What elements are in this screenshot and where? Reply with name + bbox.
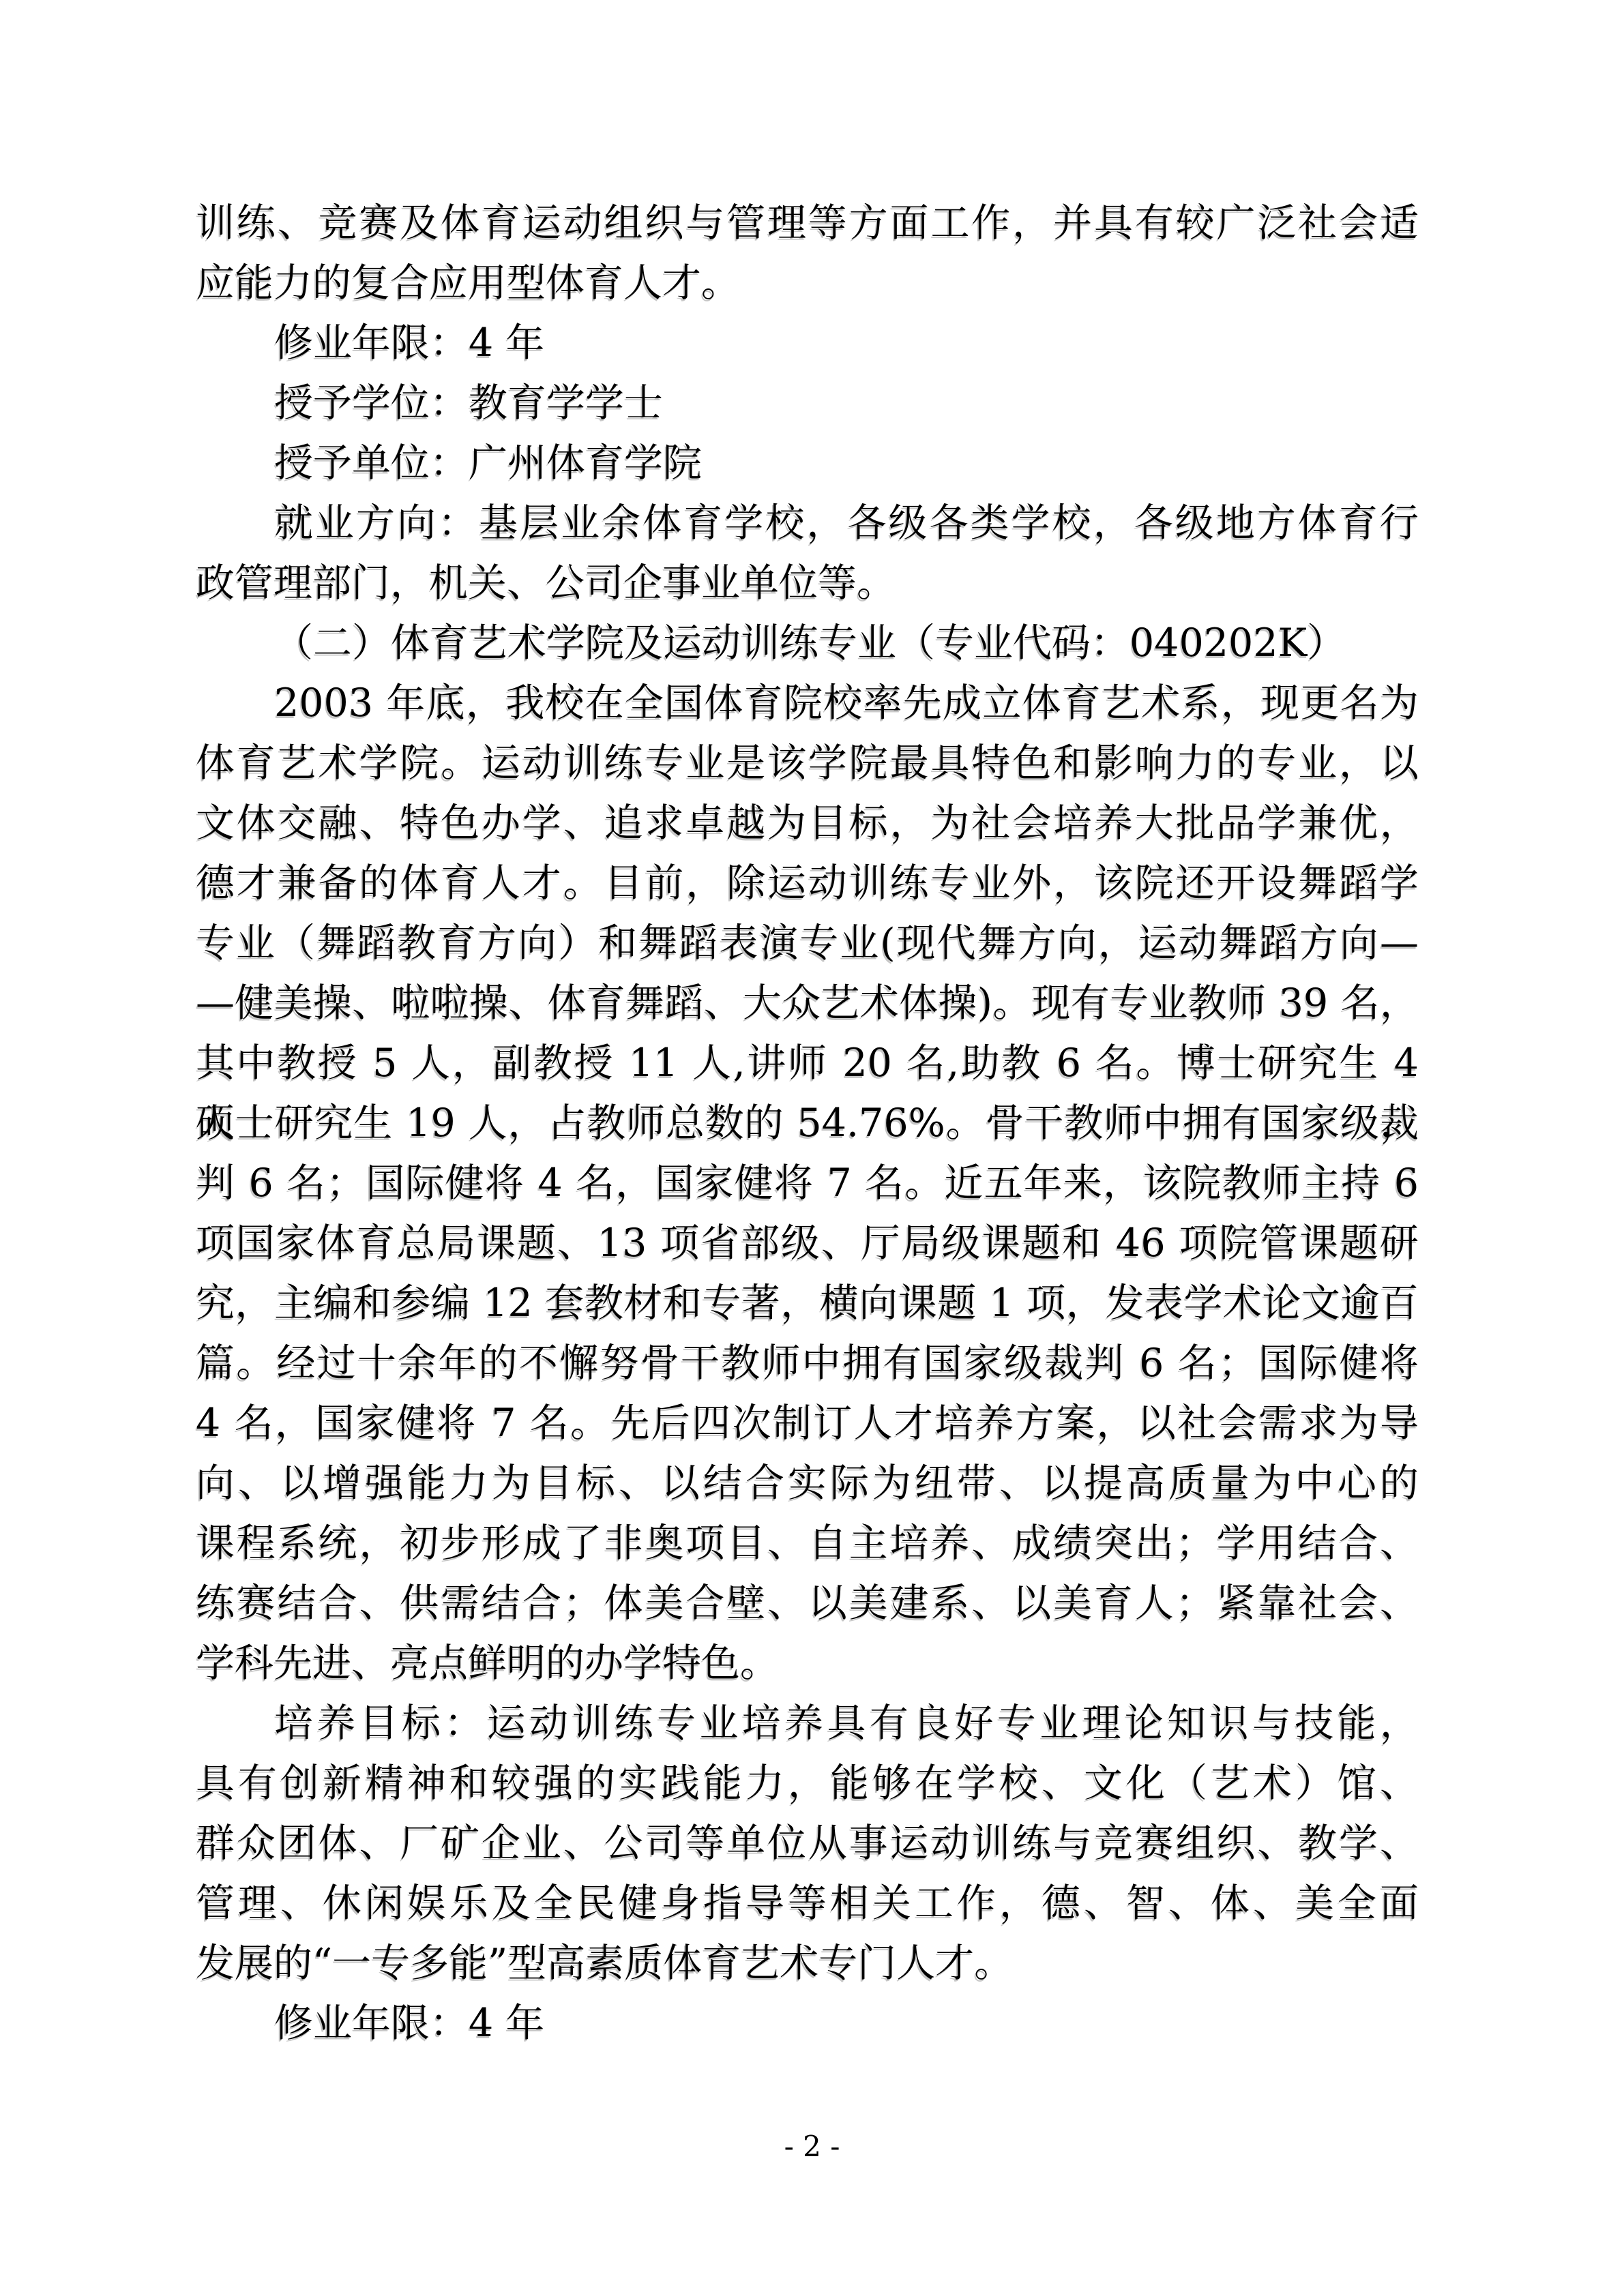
page-number: - 2 - (0, 2130, 1624, 2163)
text-line: 篇。经过十余年的不懈努骨干教师中拥有国家级裁判 6 名；国际健将 (196, 1333, 1419, 1393)
text-line: 究，主编和参编 12 套教材和专著，横向课题 1 项，发表学术论文逾百 (196, 1273, 1419, 1333)
text-line: 德才兼备的体育人才。目前，除运动训练专业外，该院还开设舞蹈学 (196, 853, 1419, 913)
text-line: 训练、竞赛及体育运动组织与管理等方面工作，并具有较广泛社会适 (196, 193, 1419, 253)
text-line: 授予单位：广州体育学院 (196, 433, 1419, 493)
text-line: 就业方向：基层业余体育学校，各级各类学校，各级地方体育行 (196, 493, 1419, 553)
text-line: 其中教授 5 人，副教授 11 人,讲师 20 名,助教 6 名。博士研究生 4… (196, 1033, 1419, 1093)
text-line: —健美操、啦啦操、体育舞蹈、大众艺术体操)。现有专业教师 39 名， (196, 973, 1419, 1033)
text-line: 政管理部门，机关、公司企事业单位等。 (196, 553, 1419, 613)
text-line: 学科先进、亮点鲜明的办学特色。 (196, 1633, 1419, 1693)
text-line: 应能力的复合应用型体育人才。 (196, 253, 1419, 313)
text-line: 培养目标：运动训练专业培养具有良好专业理论知识与技能， (196, 1693, 1419, 1753)
text-line: 判 6 名；国际健将 4 名，国家健将 7 名。近五年来，该院教师主持 6 (196, 1153, 1419, 1213)
text-line: 体育艺术学院。运动训练专业是该学院最具特色和影响力的专业，以 (196, 733, 1419, 793)
text-line: 授予学位：教育学学士 (196, 373, 1419, 433)
text-line: 发展的“一专多能”型高素质体育艺术专门人才。 (196, 1933, 1419, 1993)
document-body: 训练、竞赛及体育运动组织与管理等方面工作，并具有较广泛社会适应能力的复合应用型体… (196, 193, 1419, 2053)
text-line: 修业年限：4 年 (196, 313, 1419, 373)
text-line: 硕士研究生 19 人，占教师总数的 54.76%。骨干教师中拥有国家级裁 (196, 1093, 1419, 1153)
document-page: 训练、竞赛及体育运动组织与管理等方面工作，并具有较广泛社会适应能力的复合应用型体… (0, 0, 1624, 2296)
text-line: 具有创新精神和较强的实践能力，能够在学校、文化（艺术）馆、 (196, 1753, 1419, 1813)
text-line: 群众团体、厂矿企业、公司等单位从事运动训练与竞赛组织、教学、 (196, 1813, 1419, 1873)
text-line: 专业（舞蹈教育方向）和舞蹈表演专业(现代舞方向，运动舞蹈方向— (196, 913, 1419, 973)
text-line: 项国家体育总局课题、13 项省部级、厅局级课题和 46 项院管课题研 (196, 1213, 1419, 1273)
text-line: 练赛结合、供需结合；体美合壁、以美建系、以美育人；紧靠社会、 (196, 1573, 1419, 1633)
text-line: 课程系统，初步形成了非奥项目、自主培养、成绩突出；学用结合、 (196, 1513, 1419, 1573)
text-line: 2003 年底，我校在全国体育院校率先成立体育艺术系，现更名为 (196, 673, 1419, 733)
text-line: 管理、休闲娱乐及全民健身指导等相关工作，德、智、体、美全面 (196, 1873, 1419, 1933)
text-line: 修业年限：4 年 (196, 1993, 1419, 2053)
text-line: 文体交融、特色办学、追求卓越为目标，为社会培养大批品学兼优， (196, 793, 1419, 853)
text-line: 4 名，国家健将 7 名。先后四次制订人才培养方案，以社会需求为导 (196, 1393, 1419, 1453)
text-line: （二）体育艺术学院及运动训练专业（专业代码：040202K） (196, 613, 1419, 673)
text-line: 向、以增强能力为目标、以结合实际为纽带、以提高质量为中心的 (196, 1453, 1419, 1513)
